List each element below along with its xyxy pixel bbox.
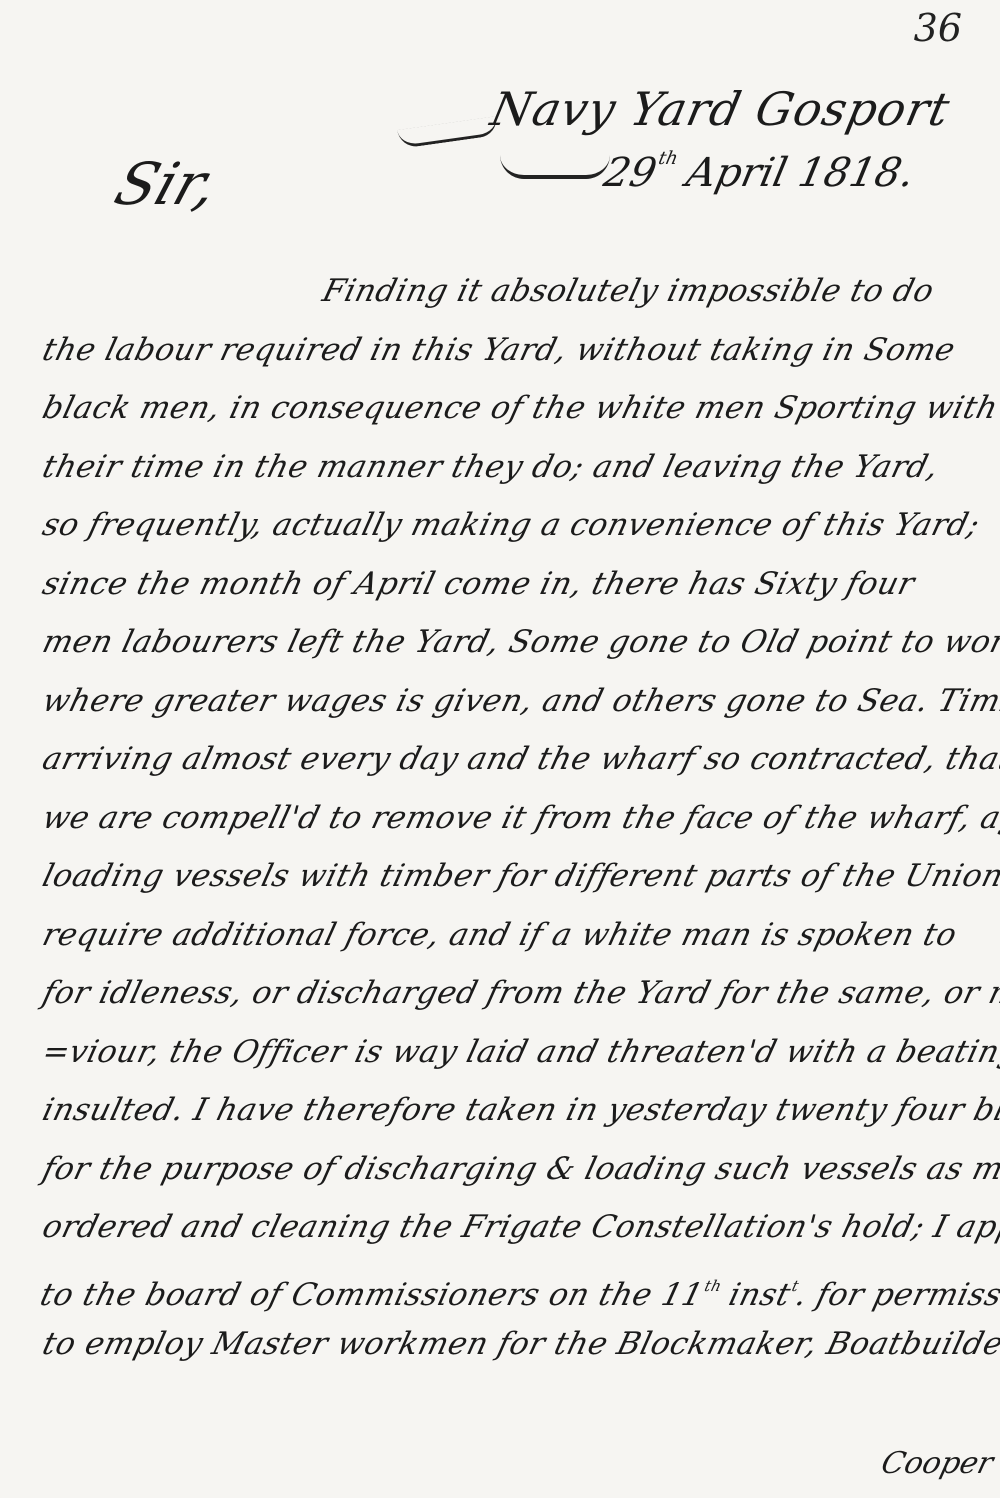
date-day: 29 xyxy=(600,150,661,196)
text-line-with-superscripts: to the board of Commissioners on the 11t… xyxy=(36,1257,1000,1316)
text-segment: to the board of Commissioners on the 11 xyxy=(37,1277,708,1313)
text-line: require additional force, and if a white… xyxy=(36,906,1000,965)
decorative-flourish xyxy=(397,116,499,149)
text-line: to employ Master workmen for the Blockma… xyxy=(36,1315,1000,1374)
text-line: where greater wages is given, and others… xyxy=(36,672,1000,731)
text-line: men labourers left the Yard, Some gone t… xyxy=(36,613,1000,672)
letter-date: 29th April 1818. xyxy=(600,148,919,196)
text-line: arriving almost every day and the wharf … xyxy=(36,730,1000,789)
catchword: Cooper xyxy=(877,1446,996,1481)
page-number: 36 xyxy=(914,6,962,50)
date-day-suffix: th xyxy=(657,148,680,169)
text-line: =viour, the Officer is way laid and thre… xyxy=(36,1023,1000,1082)
text-line: their time in the manner they do; and le… xyxy=(36,438,1000,497)
text-line: insulted. I have therefore taken in yest… xyxy=(36,1081,1000,1140)
text-line: Finding it absolutely impossible to do xyxy=(36,262,1000,321)
text-line: we are compell'd to remove it from the f… xyxy=(36,789,1000,848)
date-month-year: April 1818. xyxy=(682,150,918,196)
letter-body: Finding it absolutely impossible to do t… xyxy=(36,262,996,1374)
letter-place: Navy Yard Gosport xyxy=(486,82,955,136)
text-line: for idleness, or discharged from the Yar… xyxy=(36,964,1000,1023)
text-line: the labour required in this Yard, withou… xyxy=(36,321,1000,380)
text-segment: . for permission xyxy=(792,1277,1000,1313)
text-line: for the purpose of discharging & loading… xyxy=(36,1140,1000,1199)
decorative-flourish xyxy=(500,155,610,179)
text-segment: inst xyxy=(715,1277,795,1313)
salutation: Sir, xyxy=(107,150,227,218)
text-line: loading vessels with timber for differen… xyxy=(36,847,1000,906)
text-line: ordered and cleaning the Frigate Constel… xyxy=(36,1198,1000,1257)
text-line: since the month of April come in, there … xyxy=(36,555,1000,614)
text-line: black men, in consequence of the white m… xyxy=(36,379,1000,438)
manuscript-page: 36 Navy Yard Gosport 29th April 1818. Si… xyxy=(0,0,1000,1498)
text-line: so frequently, actually making a conveni… xyxy=(36,496,1000,555)
